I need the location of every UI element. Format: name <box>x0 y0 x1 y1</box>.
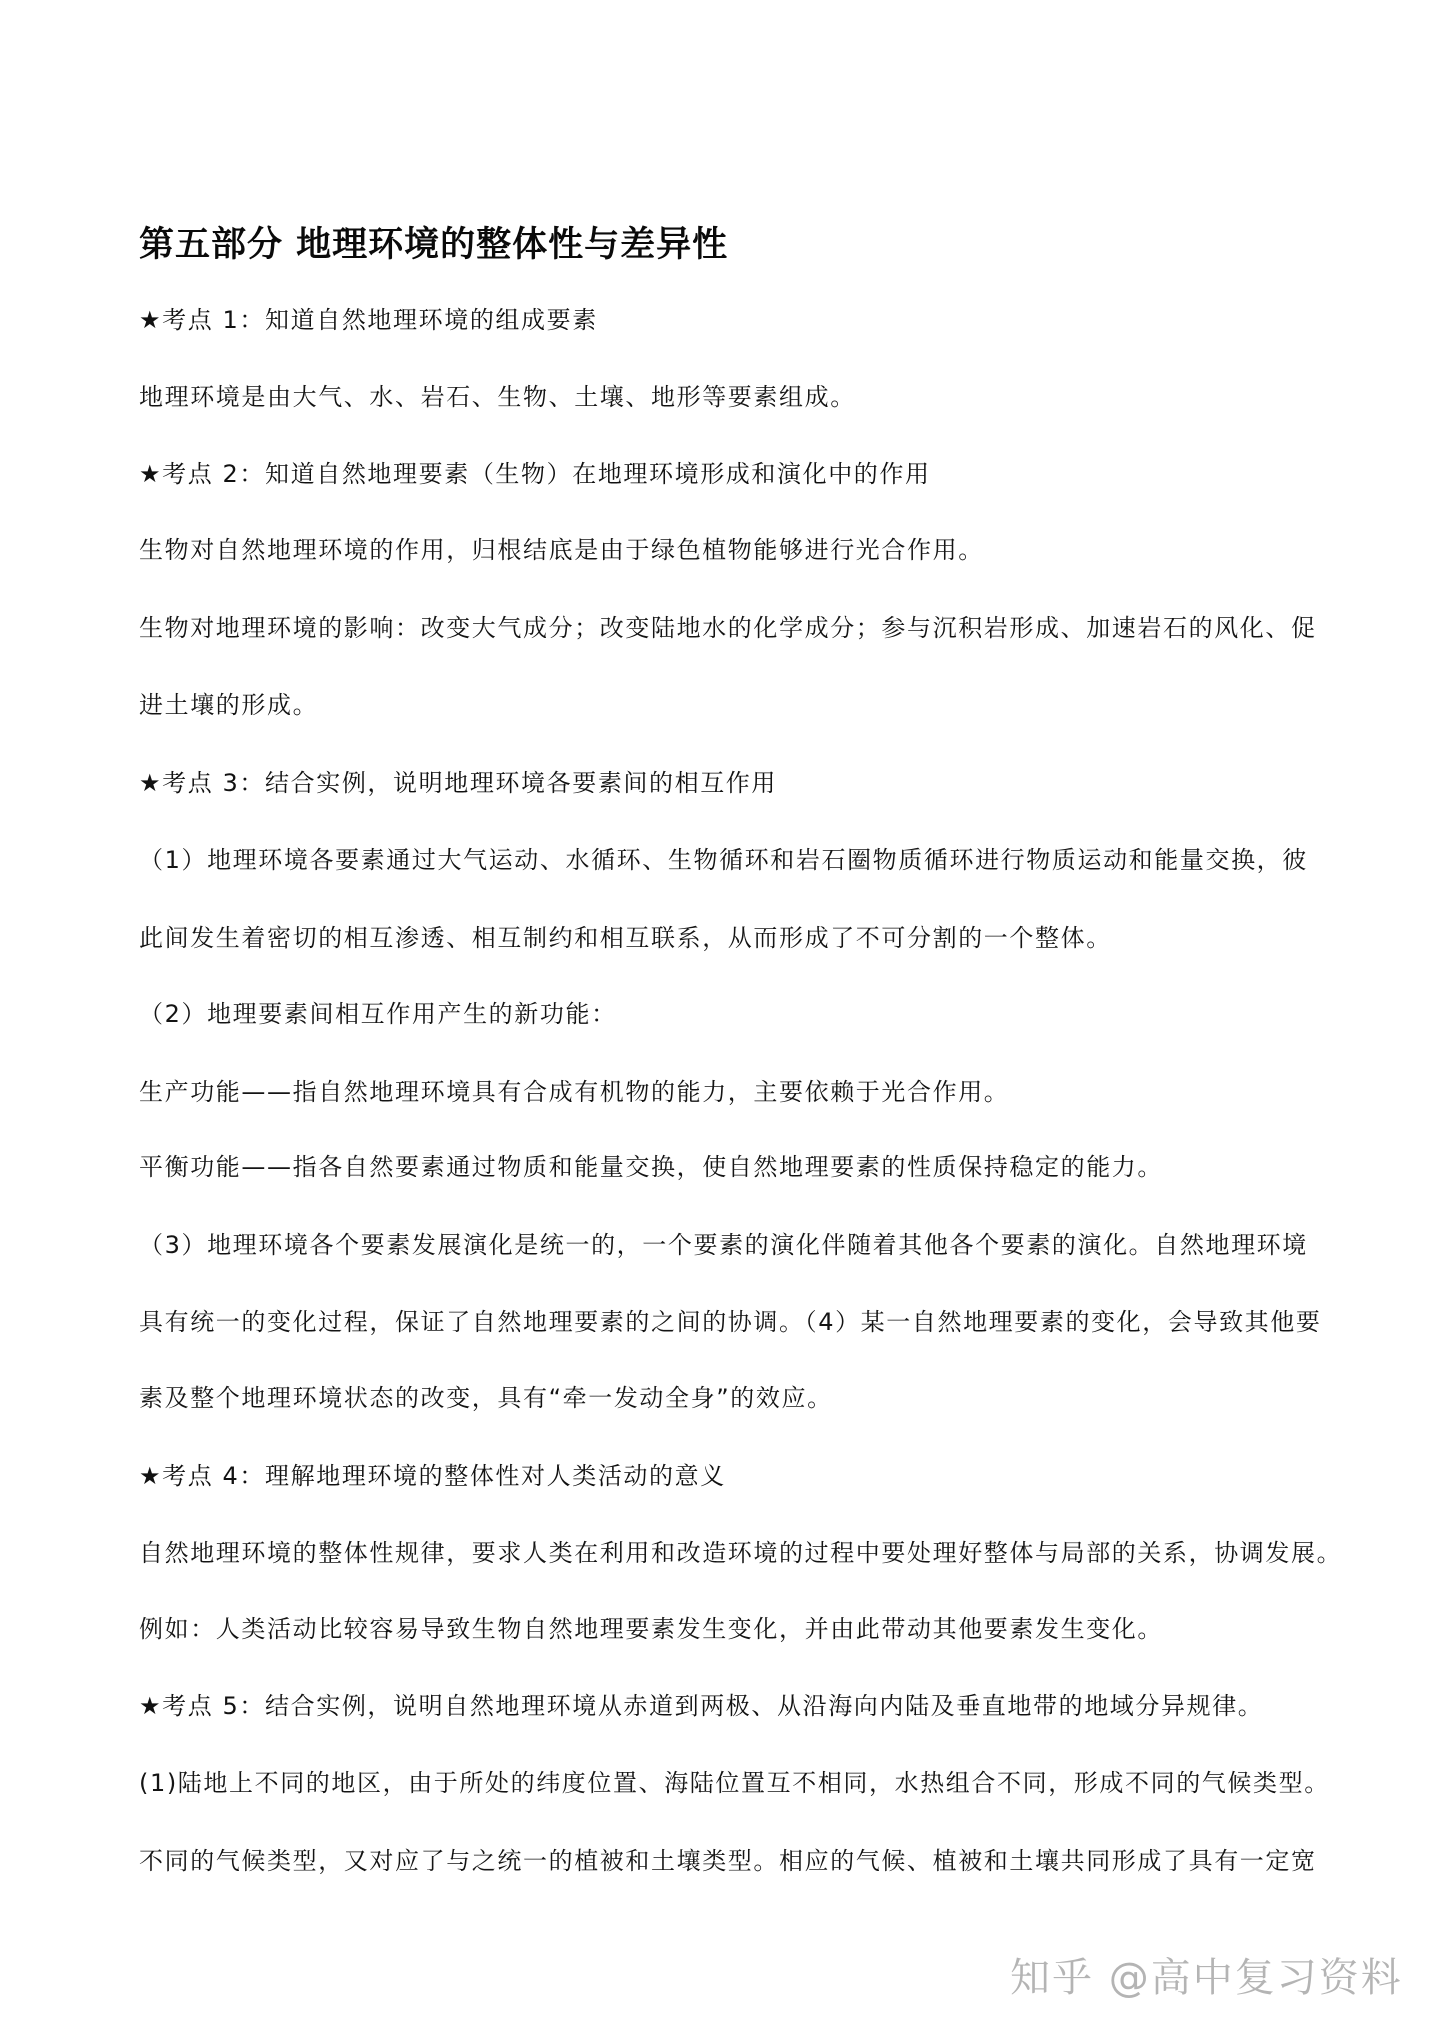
exam-point-heading-1: ★考点 1：知道自然地理环境的组成要素 <box>139 304 598 336</box>
paragraph-line: 进土壤的形成。 <box>139 689 318 721</box>
paragraph-line: 生产功能——指自然地理环境具有合成有机物的能力，主要依赖于光合作用。 <box>139 1076 1009 1108</box>
paragraph-line: 生物对自然地理环境的作用，归根结底是由于绿色植物能够进行光合作用。 <box>139 534 984 566</box>
paragraph-line: 不同的气候类型，又对应了与之统一的植被和土壤类型。相应的气候、植被和土壤共同形成… <box>139 1845 1317 1877</box>
paragraph-line: 生物对地理环境的影响：改变大气成分；改变陆地水的化学成分；参与沉积岩形成、加速岩… <box>139 612 1317 644</box>
section-title: 第五部分 地理环境的整体性与差异性 <box>139 222 728 268</box>
exam-point-heading-3: ★考点 3：结合实例，说明地理环境各要素间的相互作用 <box>139 767 777 799</box>
paragraph-line: 此间发生着密切的相互渗透、相互制约和相互联系，从而形成了不可分割的一个整体。 <box>139 922 1112 954</box>
paragraph-line: 素及整个地理环境状态的改变，具有“牵一发动全身”的效应。 <box>139 1382 833 1414</box>
paragraph-line: （1）地理环境各要素通过大气运动、水循环、生物循环和岩石圈物质循环进行物质运动和… <box>139 844 1308 876</box>
exam-point-heading-5: ★考点 5：结合实例，说明自然地理环境从赤道到两极、从沿海向内陆及垂直地带的地域… <box>139 1690 1263 1722</box>
paragraph-line: 自然地理环境的整体性规律，要求人类在利用和改造环境的过程中要处理好整体与局部的关… <box>139 1537 1342 1569</box>
paragraph-line: 平衡功能——指各自然要素通过物质和能量交换，使自然地理要素的性质保持稳定的能力。 <box>139 1151 1163 1183</box>
paragraph-line: 具有统一的变化过程，保证了自然地理要素的之间的协调。（4）某一自然地理要素的变化… <box>139 1306 1321 1338</box>
exam-point-heading-2: ★考点 2：知道自然地理要素（生物）在地理环境形成和演化中的作用 <box>139 458 931 490</box>
paragraph-line: (1)陆地上不同的地区，由于所处的纬度位置、海陆位置互不相同，水热组合不同，形成… <box>139 1767 1330 1799</box>
document-page: 第五部分 地理环境的整体性与差异性 ★考点 1：知道自然地理环境的组成要素 地理… <box>0 0 1440 2037</box>
zhihu-watermark: 知乎 @高中复习资料 <box>1010 1952 1403 2004</box>
exam-point-heading-4: ★考点 4：理解地理环境的整体性对人类活动的意义 <box>139 1460 726 1492</box>
paragraph-line: （3）地理环境各个要素发展演化是统一的，一个要素的演化伴随着其他各个要素的演化。… <box>139 1229 1308 1261</box>
paragraph-line: 地理环境是由大气、水、岩石、生物、土壤、地形等要素组成。 <box>139 381 856 413</box>
paragraph-line: 例如：人类活动比较容易导致生物自然地理要素发生变化，并由此带动其他要素发生变化。 <box>139 1613 1163 1645</box>
paragraph-line: （2）地理要素间相互作用产生的新功能： <box>139 998 617 1030</box>
